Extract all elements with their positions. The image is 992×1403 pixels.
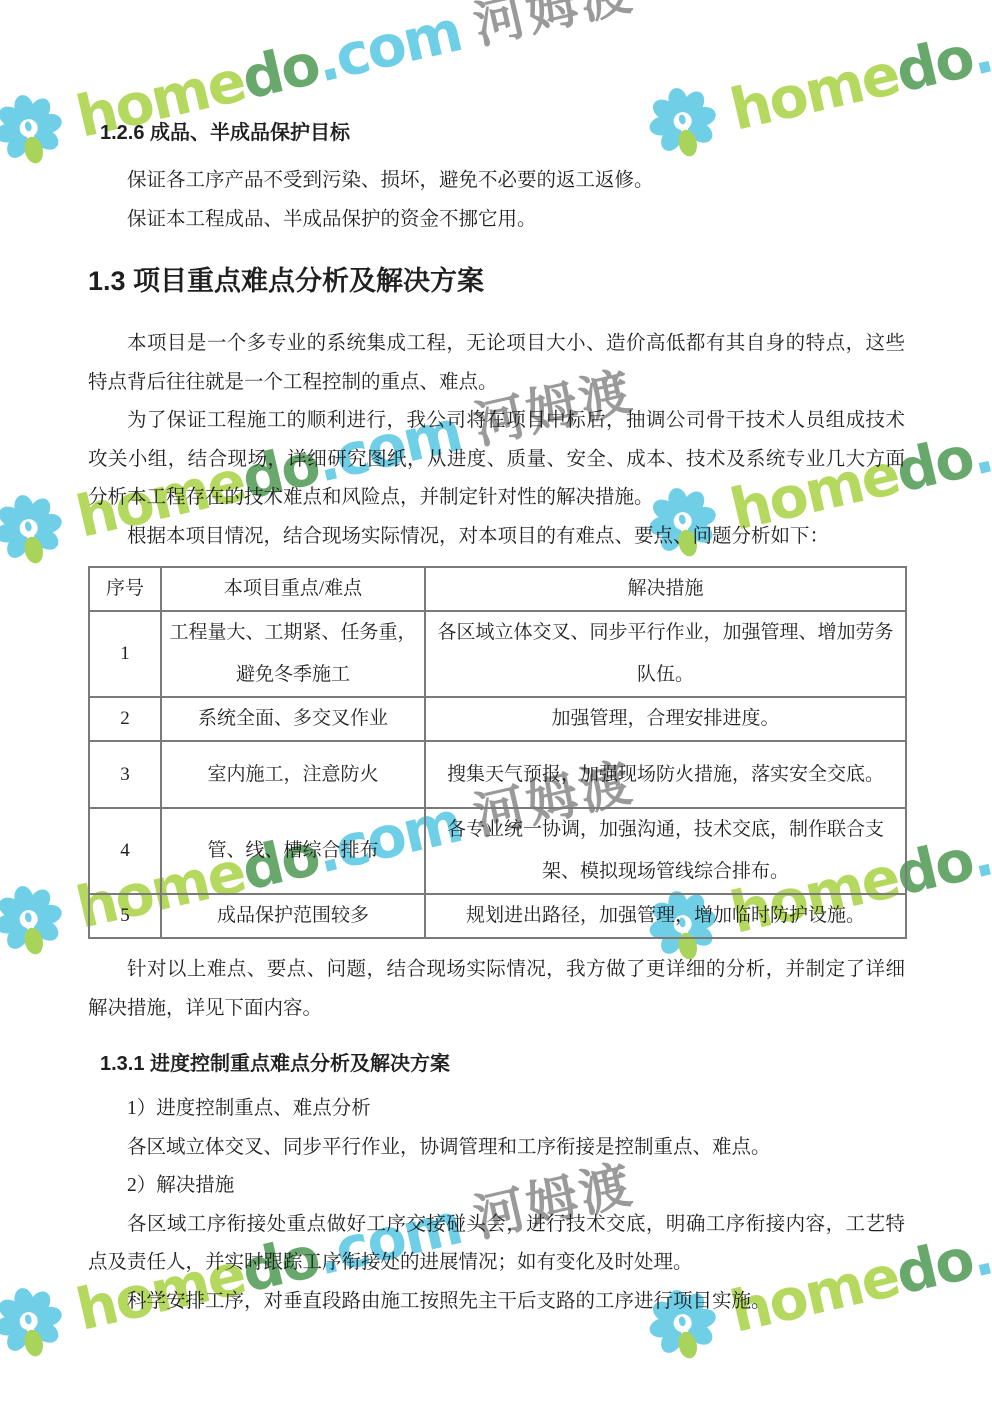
heading-1-3: 1.3 项目重点难点分析及解决方案 <box>88 261 905 301</box>
cell-solution: 搜集天气预报，加强现场防火措施，落实安全交底。 <box>425 741 906 808</box>
item-2-body-2: 科学安排工序，对垂直段路由施工按照先主干后支路的工序进行项目实施。 <box>88 1283 905 1322</box>
paragraph-intro-1: 本项目是一个多专业的系统集成工程，无论项目大小、造价高低都有其自身的特点，这些特… <box>88 325 905 402</box>
paragraph-protect-1: 保证各工序产品不受到污染、损坏，避免不必要的返工返修。 <box>88 162 905 201</box>
cell-no: 3 <box>89 741 161 808</box>
table-row: 1 工程量大、工期紧、任务重，避免冬季施工 各区域立体交叉、同步平行作业，加强管… <box>89 611 906 697</box>
table-row: 5 成品保护范围较多 规划进出路径，加强管理，增加临时防护设施。 <box>89 894 906 938</box>
issues-table: 序号 本项目重点/难点 解决措施 1 工程量大、工期紧、任务重，避免冬季施工 各… <box>88 566 907 939</box>
cell-solution: 规划进出路径，加强管理，增加临时防护设施。 <box>425 894 906 938</box>
cell-solution: 各区域立体交叉、同步平行作业，加强管理、增加劳务队伍。 <box>425 611 906 697</box>
col-header-no: 序号 <box>89 567 161 611</box>
cell-issue: 室内施工，注意防火 <box>161 741 425 808</box>
paragraph-intro-2: 为了保证工程施工的顺利进行，我公司将在项目中标后，抽调公司骨干技术人员组成技术攻… <box>88 402 905 518</box>
document-content: 1.2.6 成品、半成品保护目标 保证各工序产品不受到污染、损坏，避免不必要的返… <box>0 0 992 1403</box>
cell-solution: 各专业统一协调，加强沟通，技术交底，制作联合支架、模拟现场管线综合排布。 <box>425 808 906 894</box>
table-header-row: 序号 本项目重点/难点 解决措施 <box>89 567 906 611</box>
col-header-solution: 解决措施 <box>425 567 906 611</box>
cell-no: 5 <box>89 894 161 938</box>
table-row: 4 管、线、槽综合排布 各专业统一协调，加强沟通，技术交底，制作联合支架、模拟现… <box>89 808 906 894</box>
item-2-title: 2）解决措施 <box>88 1167 905 1206</box>
col-header-issue: 本项目重点/难点 <box>161 567 425 611</box>
cell-issue: 系统全面、多交叉作业 <box>161 697 425 741</box>
cell-no: 4 <box>89 808 161 894</box>
paragraph-after-table: 针对以上难点、要点、问题，结合现场实际情况，我方做了更详细的分析，并制定了详细解… <box>88 951 905 1028</box>
item-2-body-1: 各区域工序衔接处重点做好工序交接碰头会，进行技术交底，明确工序衔接内容，工艺特点… <box>88 1206 905 1283</box>
heading-1-3-1: 1.3.1 进度控制重点难点分析及解决方案 <box>100 1050 905 1078</box>
heading-1-2-6: 1.2.6 成品、半成品保护目标 <box>100 118 905 148</box>
cell-solution: 加强管理，合理安排进度。 <box>425 697 906 741</box>
cell-no: 2 <box>89 697 161 741</box>
table-row: 3 室内施工，注意防火 搜集天气预报，加强现场防火措施，落实安全交底。 <box>89 741 906 808</box>
paragraph-intro-3: 根据本项目情况，结合现场实际情况，对本项目的有难点、要点、问题分析如下： <box>88 518 905 557</box>
item-1-title: 1）进度控制重点、难点分析 <box>88 1090 905 1129</box>
cell-issue: 管、线、槽综合排布 <box>161 808 425 894</box>
cell-no: 1 <box>89 611 161 697</box>
paragraph-protect-2: 保证本工程成品、半成品保护的资金不挪它用。 <box>88 201 905 240</box>
table-row: 2 系统全面、多交叉作业 加强管理，合理安排进度。 <box>89 697 906 741</box>
cell-issue: 成品保护范围较多 <box>161 894 425 938</box>
document-page: homedo.com 河姆渡 homedo.com 河姆渡 <box>0 0 992 1403</box>
cell-issue: 工程量大、工期紧、任务重，避免冬季施工 <box>161 611 425 697</box>
item-1-body: 各区域立体交叉、同步平行作业，协调管理和工序衔接是控制重点、难点。 <box>88 1129 905 1168</box>
